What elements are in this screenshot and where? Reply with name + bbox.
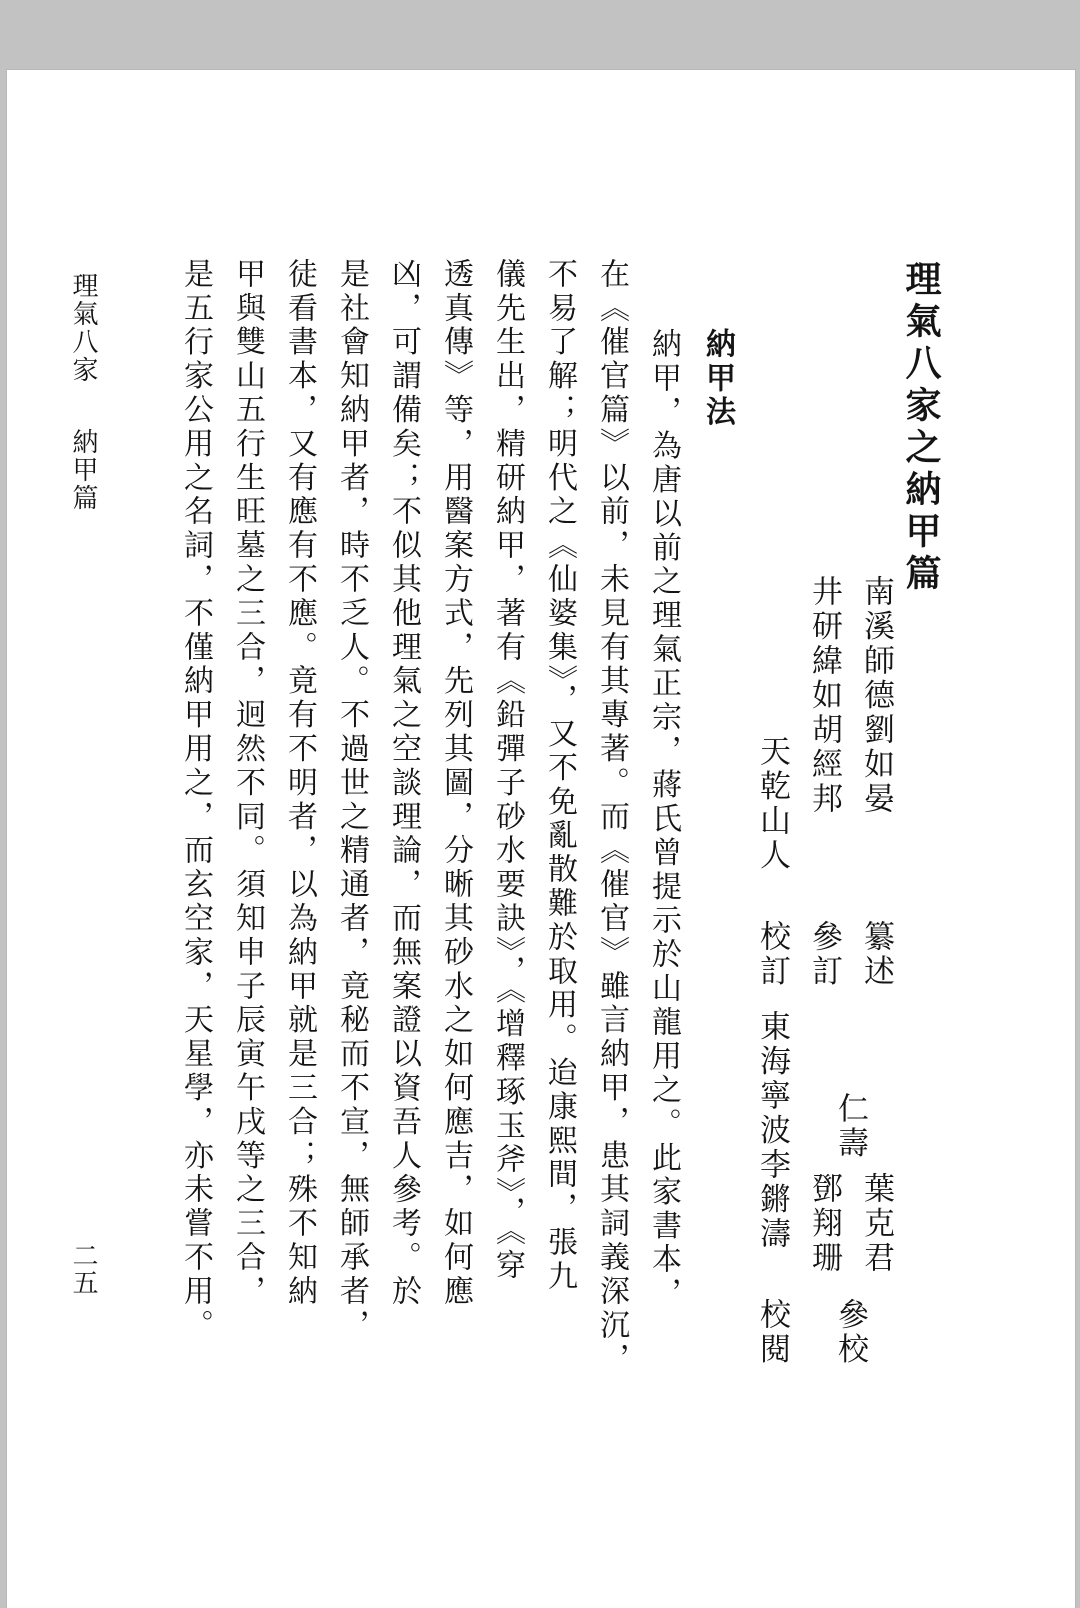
credit-name-1: 南溪師德劉如晏 — [854, 575, 899, 817]
body-column-3: 不易了解；明代之《仙婆集》，又不免亂散難於取用。迨康熙間，張九 — [537, 258, 581, 1294]
credit-role-1: 纂述 — [854, 920, 899, 989]
body-column-6: 凶，可謂備矣；不似其他理氣之空談理論，而無案證以資吾人參考。於 — [381, 258, 425, 1309]
credit-role-3: 校訂 — [750, 920, 795, 989]
body-column-10: 是五行家公用之名詞，不僅納甲用之，而玄空家，天星學，亦未嘗不用。 — [173, 258, 217, 1343]
credit-name-5: 鄧翔珊 — [802, 1172, 847, 1276]
credit-role-6: 參校 — [828, 1298, 873, 1367]
credit-role-2: 參訂 — [802, 920, 847, 989]
running-head-chapter: 納甲篇 — [65, 428, 102, 512]
document-page: 理氣八家之納甲篇 南溪師德劉如晏 纂述 井研緯如胡經邦 參訂 天乾山人 校訂 東… — [6, 69, 1076, 1608]
body-column-1: 納甲，為唐以前之理氣正宗，蔣氏曾提示於山龍用之。此家書本， — [641, 328, 685, 1311]
credit-role-4: 校閱 — [750, 1298, 795, 1367]
body-column-2: 在《催官篇》以前，未見有其專著。而《催官》雖言納甲，患其詞義深沉， — [589, 258, 633, 1377]
body-column-7: 是社會知納甲者，時不乏人。不過世之精通者，竟秘而不宣，無師承者， — [329, 258, 373, 1343]
credit-name-4: 東海寧波李鏘濤 — [750, 1010, 795, 1252]
body-column-9: 甲與雙山五行生旺墓之三合，迥然不同。須知申子辰寅午戌等之三合， — [225, 258, 269, 1309]
body-column-5: 透真傳》等，用醫案方式，先列其圖，分晰其砂水之如何應吉，如何應 — [433, 258, 477, 1309]
credit-place-5: 仁壽 — [828, 1092, 873, 1161]
credit-name-3: 天乾山人 — [750, 735, 795, 873]
credit-name-6: 葉克君 — [854, 1172, 899, 1276]
credit-name-2: 井研緯如胡經邦 — [802, 575, 847, 817]
section-heading: 納甲法 — [695, 328, 739, 430]
page-number: 二五 — [65, 1242, 102, 1296]
page-title: 理氣八家之納甲篇 — [896, 260, 947, 596]
running-head-book: 理氣八家 — [65, 272, 102, 384]
body-column-4: 儀先生出，精研納甲，著有《鉛彈子砂水要訣》，《增釋琢玉斧》，《穿 — [485, 258, 529, 1283]
body-column-8: 徒看書本，又有應有不應。竟有不明者，以為納甲就是三合；殊不知納 — [277, 258, 321, 1309]
